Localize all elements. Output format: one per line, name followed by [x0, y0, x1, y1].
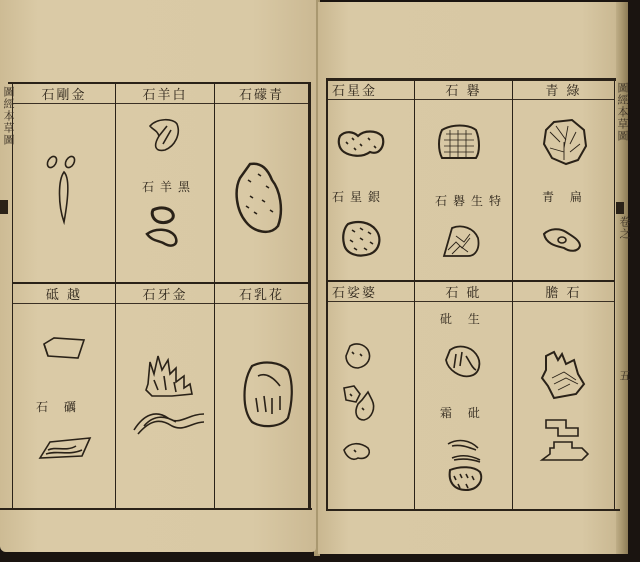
- special-yu-stone-illustration: [442, 224, 482, 260]
- cell-header: 石羊白: [116, 84, 214, 104]
- cell-header: 石礞青: [215, 84, 308, 104]
- sub-label: 霜 砒: [440, 404, 486, 421]
- cell-header: 石乳花: [215, 284, 308, 304]
- malachite-illustration: [540, 118, 590, 168]
- left-page: 圖經本草圖 石剛金 石羊白 石礞青 石羊黑 砥 越 石牙金 石乳花 石 礪: [0, 0, 316, 552]
- arsenic-frost-illustration: [444, 438, 488, 494]
- whetstone-illustration: [40, 336, 90, 364]
- fish-tail-mark: [616, 202, 624, 214]
- azurite-illustration: [540, 226, 584, 254]
- gall-stone-block-illustration: [538, 416, 594, 464]
- cell-header: 石牙金: [116, 284, 214, 304]
- sub-label: 石 礪: [36, 398, 82, 415]
- margin-volume: 卷之: [616, 216, 632, 240]
- cell-header: 石剛金: [13, 84, 115, 104]
- frame-right-line: [614, 78, 615, 509]
- frame-bottom-line: [326, 509, 620, 511]
- grindstone-illustration: [38, 436, 94, 466]
- yu-stone-illustration: [436, 124, 482, 162]
- sub-label: 石礜生特: [435, 192, 507, 209]
- margin-page-number: 五: [616, 370, 632, 382]
- cell-header: 石星金: [328, 80, 414, 100]
- sub-label: 石星銀: [332, 188, 386, 205]
- cell-header: 砥 越: [13, 284, 115, 304]
- qingmeng-stone-illustration: [232, 160, 292, 240]
- black-sheep-stone-illustration: [145, 204, 185, 252]
- gall-stone-illustration: [540, 350, 590, 400]
- sub-label: 砒 生: [440, 310, 486, 327]
- cell-header: 青 綠: [513, 80, 614, 100]
- margin-title: 圖經本草圖: [614, 82, 630, 142]
- sub-label: 石羊黑: [142, 178, 196, 195]
- cell-header: 石娑婆: [328, 282, 414, 302]
- cell-header: 石 砒: [415, 282, 512, 302]
- frame-right-line: [308, 82, 311, 508]
- gold-tooth-stone-illustration: [132, 354, 212, 440]
- diamond-stone-illustration: [40, 150, 90, 230]
- posuo-stone-illustration: [342, 342, 392, 468]
- frame-bottom-line: [0, 508, 312, 510]
- raw-arsenic-illustration: [444, 344, 484, 380]
- white-sheep-stone-illustration: [145, 116, 185, 156]
- cell-header: 膽 石: [513, 282, 614, 302]
- huaru-stone-illustration: [240, 360, 296, 428]
- fish-tail-mark: [0, 200, 8, 214]
- cell-header: 石 礜: [415, 80, 512, 100]
- sub-label: 青 扁: [542, 188, 588, 205]
- gold-star-stone-illustration: [336, 128, 386, 158]
- silver-star-stone-illustration: [340, 218, 384, 258]
- right-page: 圖經本草圖 卷之 五 石星金 石 礜 青 綠 石星銀 石礜生特 青 扁 石娑婆 …: [318, 2, 628, 554]
